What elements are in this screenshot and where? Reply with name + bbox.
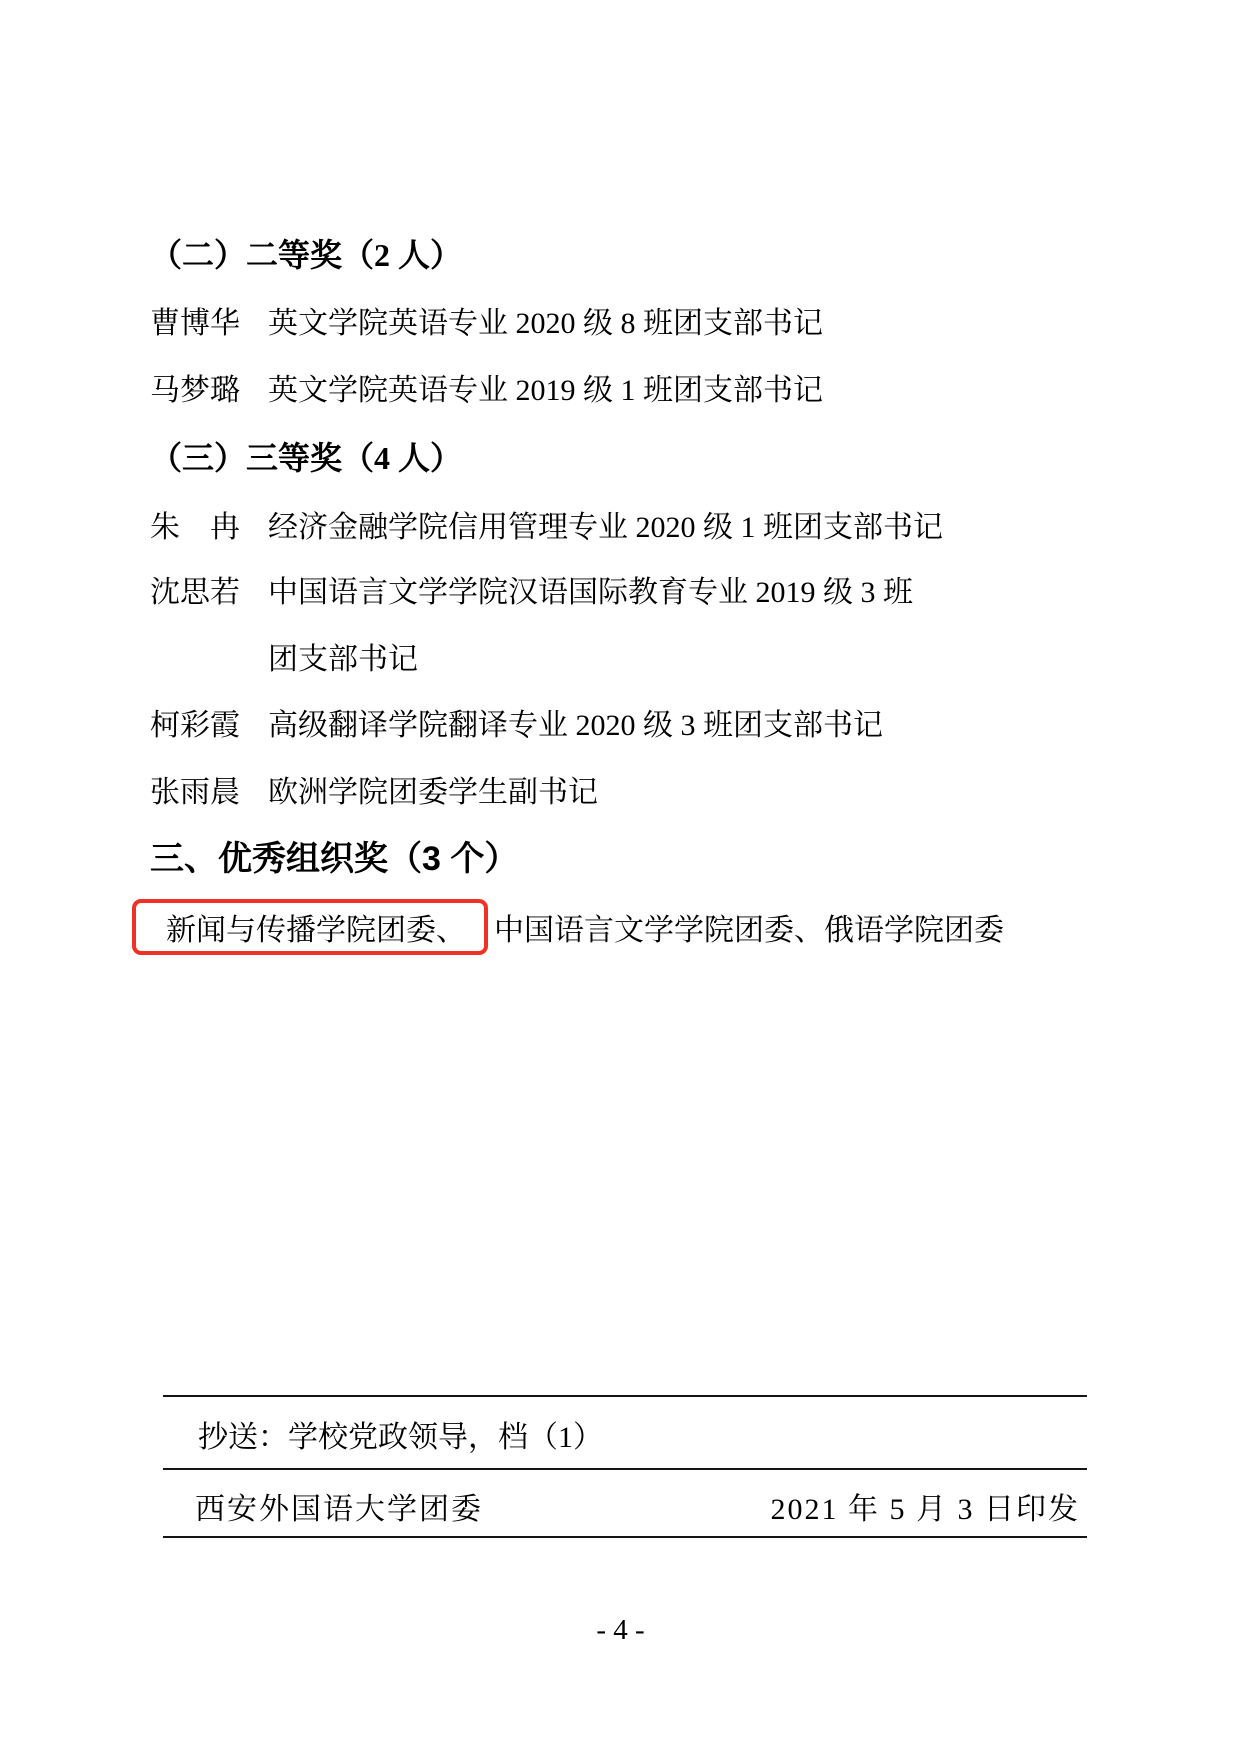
awardee-title: 高级翻译学院翻译专业 2020 级 3 班团支部书记 [268,692,883,759]
organization-award-line: 新闻与传播学院团委、 中国语言文学学院团委、俄语学院团委 [132,897,1004,957]
awardee-title: 经济金融学院信用管理专业 2020 级 1 班团支部书记 [268,494,943,561]
awardee-name: 朱 冉 [150,494,268,561]
highlighted-org-text: 新闻与传播学院团委、 [166,905,466,949]
awardee-title-line-2: 团支部书记 [268,626,913,693]
page-number: - 4 - [0,1612,1241,1648]
remaining-org-text: 中国语言文学学院团委、俄语学院团委 [494,905,1004,949]
red-highlight-box: 新闻与传播学院团委、 [132,899,488,955]
awardee-title: 英文学院英语专业 2019 级 1 班团支部书记 [268,357,823,424]
award-entry: 朱 冉 经济金融学院信用管理专业 2020 级 1 班团支部书记 [150,494,943,561]
heading-organization-award: 三、优秀组织奖（3 个） [150,838,518,880]
document-page: （二）二等奖（2 人） 曹博华 英文学院英语专业 2020 级 8 班团支部书记… [0,0,1241,1754]
awardee-name: 张雨晨 [150,759,268,826]
issuer-name: 西安外国语大学团委 [195,1490,483,1530]
award-entry: 马梦璐 英文学院英语专业 2019 级 1 班团支部书记 [150,357,823,424]
award-entry: 沈思若 中国语言文学学院汉语国际教育专业 2019 级 3 班 团支部书记 [150,559,913,693]
footer-rule-top [163,1395,1087,1397]
print-date: 2021 年 5 月 3 日印发 [771,1490,1081,1530]
awardee-name: 曹博华 [150,290,268,357]
footer-rule-middle [163,1468,1087,1470]
awardee-title: 欧洲学院团委学生副书记 [268,759,598,826]
cc-line: 抄送：学校党政领导，档（1） [198,1416,603,1460]
heading-second-prize: （二）二等奖（2 人） [150,235,462,275]
heading-third-prize: （三）三等奖（4 人） [150,438,462,478]
award-entry: 张雨晨 欧洲学院团委学生副书记 [150,759,598,826]
footer-rule-bottom [163,1536,1087,1538]
awardee-name: 沈思若 [150,559,268,693]
awardee-name: 马梦璐 [150,357,268,424]
awardee-title: 英文学院英语专业 2020 级 8 班团支部书记 [268,290,823,357]
awardee-title: 中国语言文学学院汉语国际教育专业 2019 级 3 班 团支部书记 [268,559,913,693]
award-entry: 曹博华 英文学院英语专业 2020 级 8 班团支部书记 [150,290,823,357]
award-entry: 柯彩霞 高级翻译学院翻译专业 2020 级 3 班团支部书记 [150,692,883,759]
awardee-name: 柯彩霞 [150,692,268,759]
awardee-title-line-1: 中国语言文学学院汉语国际教育专业 2019 级 3 班 [268,559,913,626]
issuer-row: 西安外国语大学团委 2021 年 5 月 3 日印发 [195,1490,1080,1530]
